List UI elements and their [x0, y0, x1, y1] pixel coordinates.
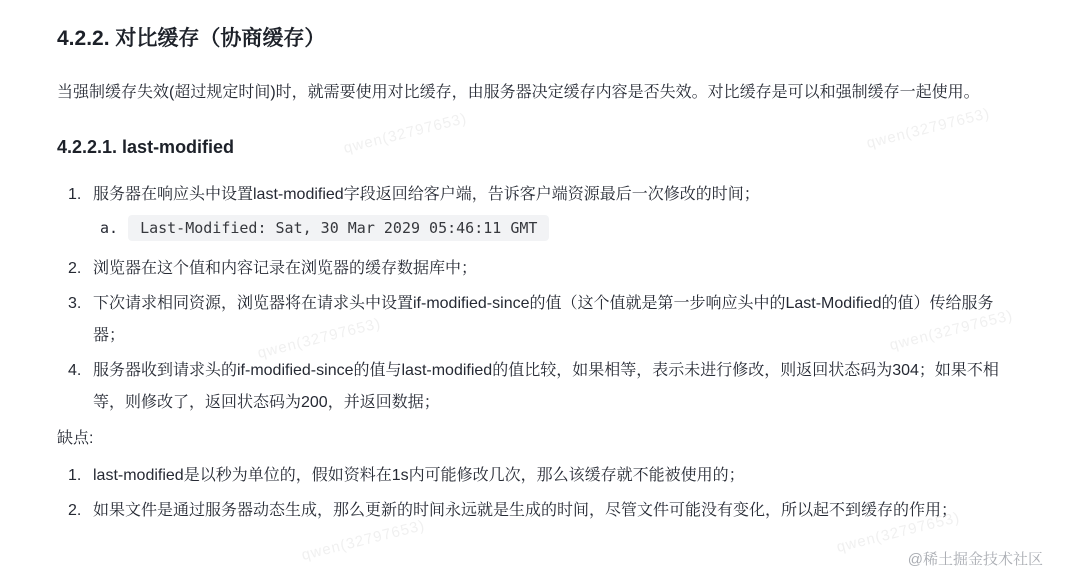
- list-item-text: 下次请求相同资源，浏览器将在请求头中设置if-modified-since的值（…: [93, 288, 1012, 352]
- list-item-text: 浏览器在这个值和内容记录在浏览器的缓存数据库中；: [93, 253, 1012, 285]
- list-item: 2. 如果文件是通过服务器动态生成，那么更新的时间永远就是生成的时间，尽管文件可…: [57, 495, 1012, 527]
- list-item: 3. 下次请求相同资源，浏览器将在请求头中设置if-modified-since…: [57, 288, 1012, 352]
- list-item-text: 服务器在响应头中设置last-modified字段返回给客户端，告诉客户端资源最…: [93, 179, 1012, 211]
- list-item: 4. 服务器收到请求头的if-modified-since的值与last-mod…: [57, 355, 1012, 419]
- list-item: 1. 服务器在响应头中设置last-modified字段返回给客户端，告诉客户端…: [57, 179, 1012, 211]
- subsection-heading: 4.2.2.1. last-modified: [57, 136, 1012, 158]
- list-item-marker: 2.: [68, 495, 93, 527]
- list-item-marker: 1.: [68, 460, 93, 492]
- drawbacks-list: 1. last-modified是以秒为单位的，假如资料在1s内可能修改几次，那…: [57, 460, 1012, 527]
- list-subitem: a. Last-Modified: Sat, 30 Mar 2029 05:46…: [57, 215, 1012, 241]
- list-item-text: 如果文件是通过服务器动态生成，那么更新的时间永远就是生成的时间，尽管文件可能没有…: [93, 495, 1012, 527]
- inline-code: Last-Modified: Sat, 30 Mar 2029 05:46:11…: [128, 215, 549, 241]
- list-item: 2. 浏览器在这个值和内容记录在浏览器的缓存数据库中；: [57, 253, 1012, 285]
- list-item-text: last-modified是以秒为单位的，假如资料在1s内可能修改几次，那么该缓…: [93, 460, 1012, 492]
- list-item: 1. last-modified是以秒为单位的，假如资料在1s内可能修改几次，那…: [57, 460, 1012, 492]
- list-item-text: 服务器收到请求头的if-modified-since的值与last-modifi…: [93, 355, 1012, 419]
- list-item-marker: 2.: [68, 253, 93, 285]
- intro-paragraph: 当强制缓存失效(超过规定时间)时，就需要使用对比缓存，由服务器决定缓存内容是否失…: [57, 78, 1012, 108]
- drawbacks-label: 缺点:: [57, 424, 1012, 454]
- list-item-marker: 3.: [68, 288, 93, 320]
- list-subitem-marker: a.: [100, 219, 118, 237]
- article-content: 4.2.2. 对比缓存（协商缓存） 当强制缓存失效(超过规定时间)时，就需要使用…: [0, 0, 1069, 527]
- section-heading: 4.2.2. 对比缓存（协商缓存）: [57, 26, 1012, 52]
- steps-list: 1. 服务器在响应头中设置last-modified字段返回给客户端，告诉客户端…: [57, 179, 1012, 419]
- community-watermark: @稀土掘金技术社区: [908, 548, 1043, 569]
- list-item-marker: 1.: [68, 179, 93, 211]
- list-item-marker: 4.: [68, 355, 93, 387]
